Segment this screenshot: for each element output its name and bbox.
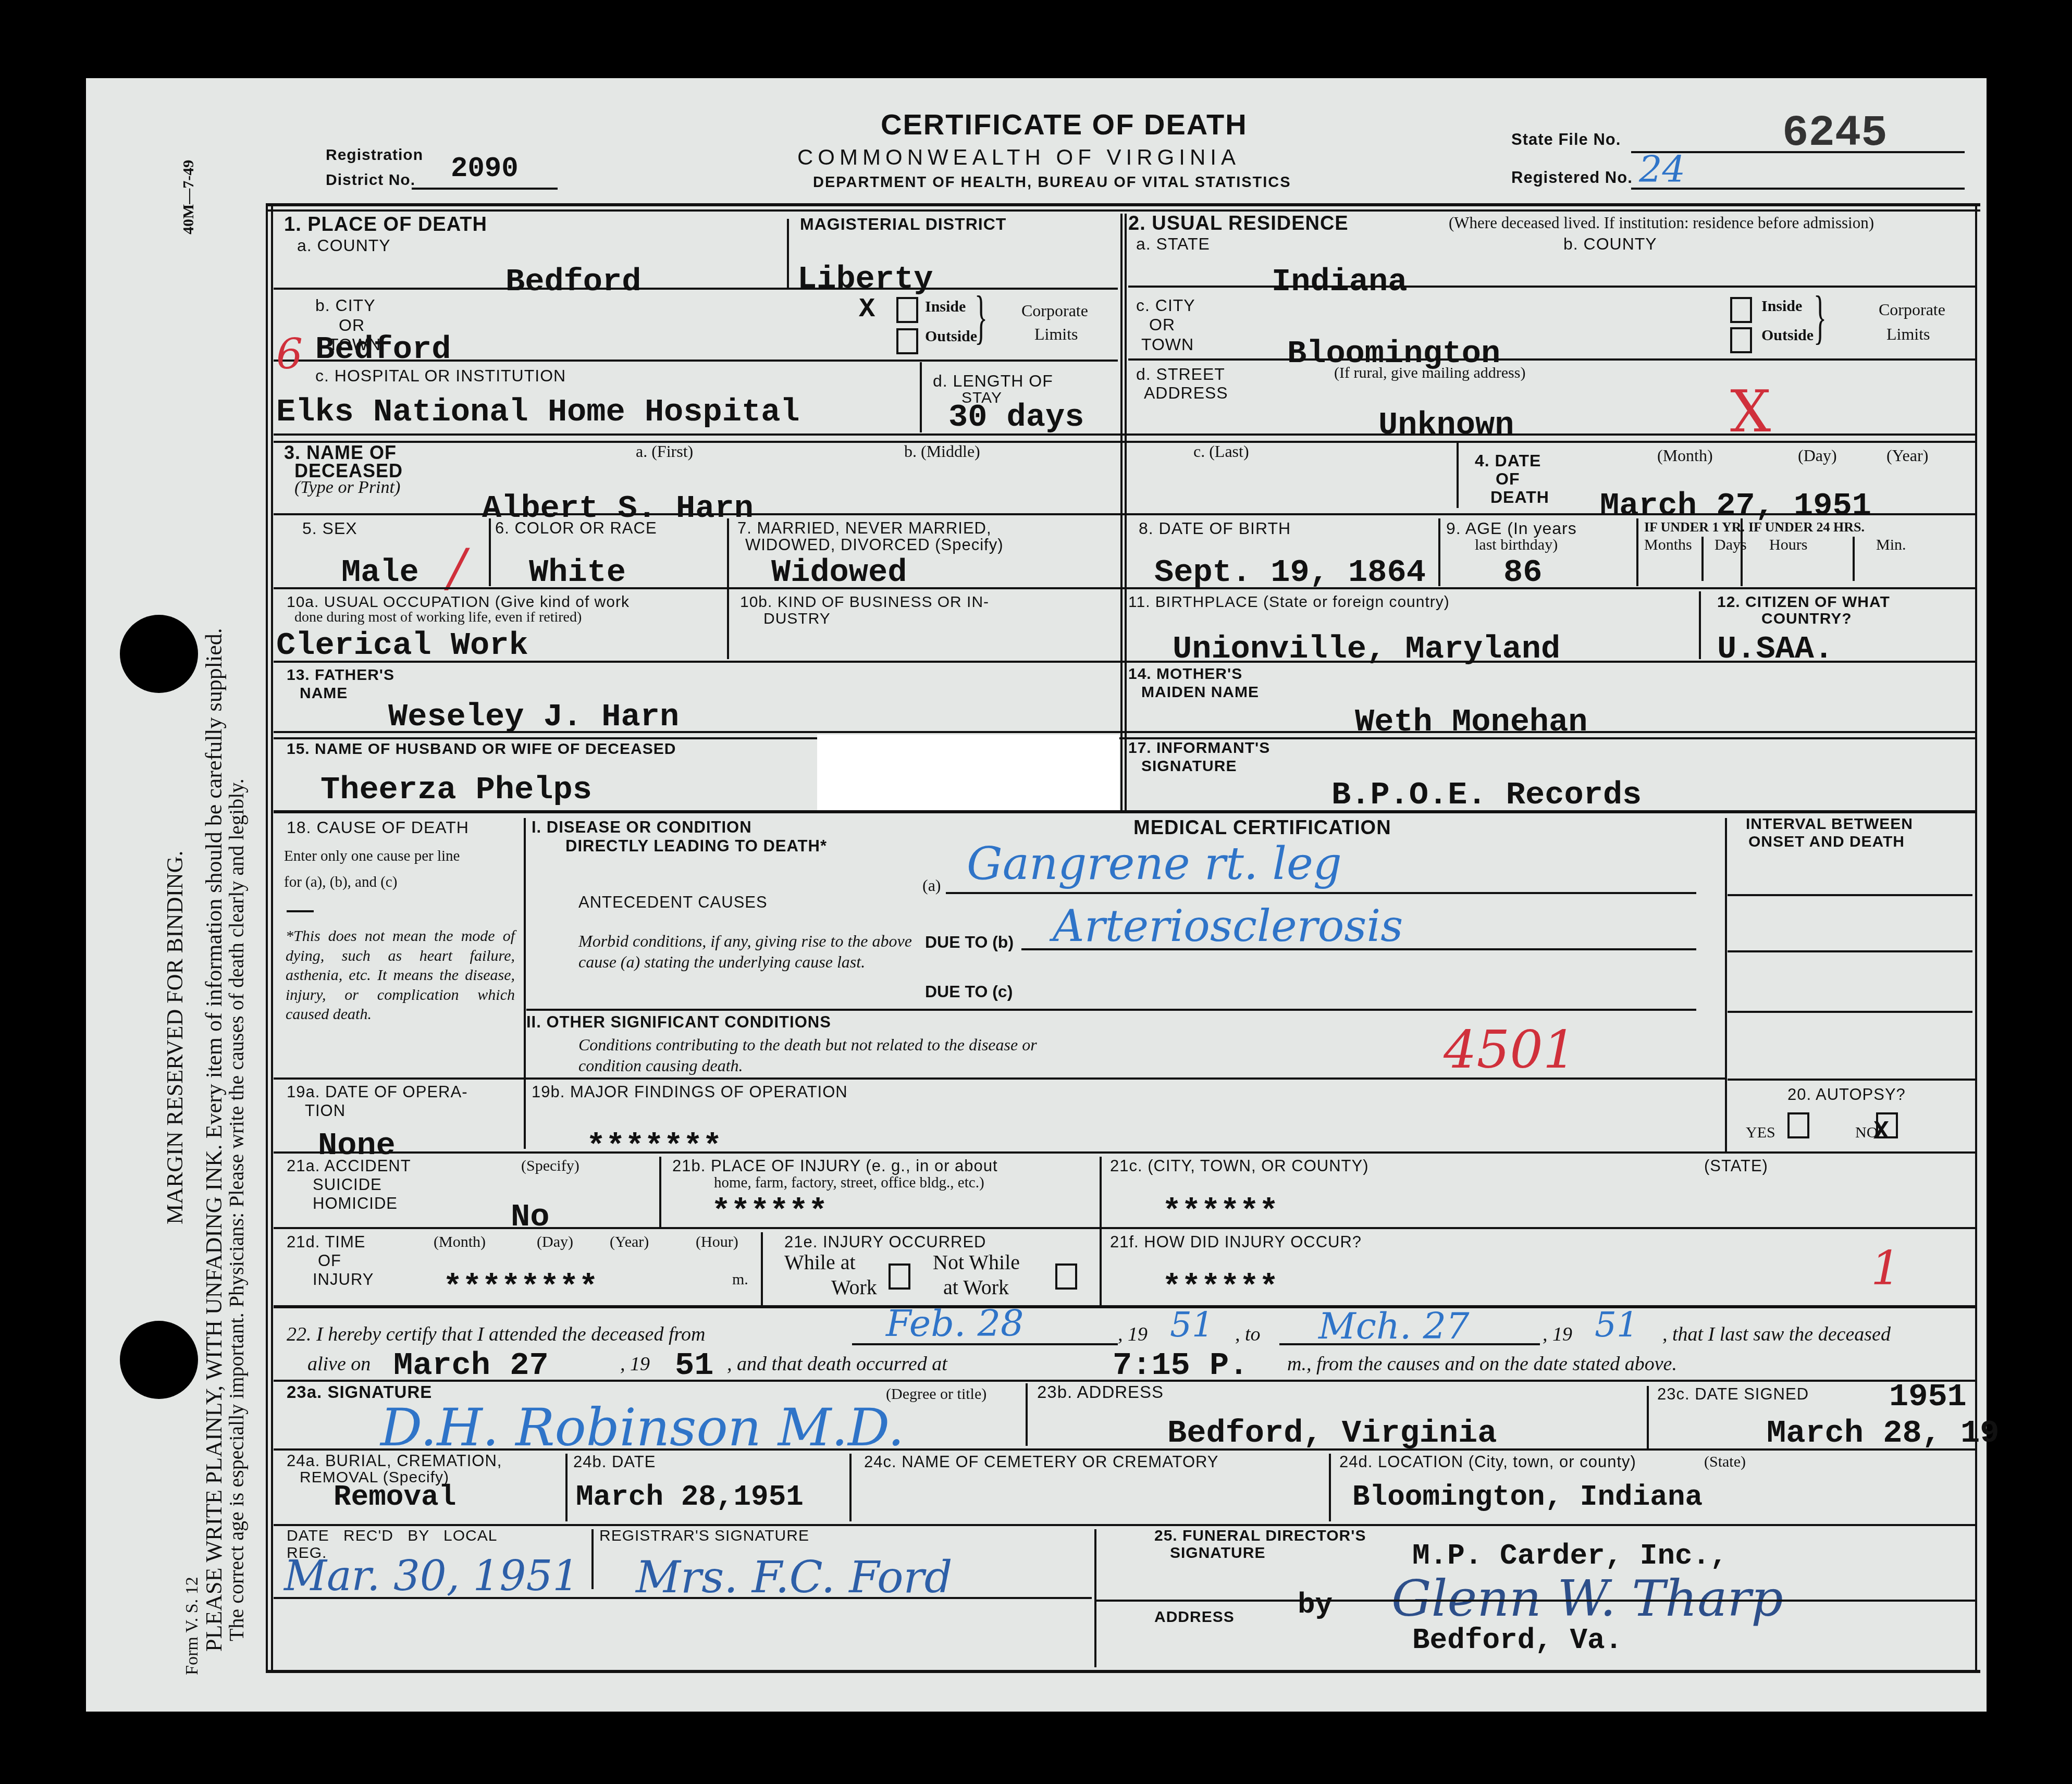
burial-method: Removal — [334, 1482, 456, 1512]
funeral-director-signature: Glenn W. Tharp — [1391, 1574, 1783, 1624]
not-while-at-work-checkbox[interactable] — [1055, 1263, 1077, 1290]
date-of-birth: Sept. 19, 1864 — [1154, 556, 1426, 589]
margin-reserved-note: MARGIN RESERVED FOR BINDING. — [162, 850, 188, 1224]
district-no-label: District No. — [326, 172, 415, 189]
occupation: Clerical Work — [276, 629, 528, 662]
last-seen-date: March 27 — [393, 1349, 549, 1382]
red-code-stamp: 4501 — [1444, 1024, 1576, 1076]
length-of-stay: 30 days — [948, 401, 1084, 433]
last-seen-year: 51 — [675, 1349, 713, 1382]
physicians-note: The correct age is especially important.… — [224, 778, 249, 1641]
inside-limits-checkbox[interactable] — [896, 297, 918, 323]
city-label: b. CITY — [315, 297, 375, 315]
residence-inside-checkbox[interactable] — [1730, 297, 1752, 323]
place-of-death-heading: 1. PLACE OF DEATH — [284, 215, 487, 236]
date-of-death: March 27, 1951 — [1600, 490, 1871, 522]
injury-how: ****** — [1162, 1271, 1278, 1304]
registrar-signature: Mrs. F.C. Ford — [636, 1555, 952, 1599]
magisterial-district-label: MAGISTERIAL DISTRICT — [800, 216, 1006, 233]
funeral-director: M.P. Carder, Inc., — [1412, 1541, 1728, 1570]
date-received-handwritten: Mar. 30, 1951 — [284, 1555, 579, 1597]
magisterial-district: Liberty — [797, 263, 933, 295]
injury-time: ******** — [443, 1271, 598, 1304]
binder-hole-bottom — [120, 1321, 198, 1399]
outside-limits-checkbox[interactable] — [896, 328, 918, 354]
injury-city: ****** — [1162, 1196, 1278, 1228]
marital-status: Widowed — [771, 556, 907, 589]
form-code: 40M—7-49 — [180, 160, 198, 234]
cemetery-label: 24c. NAME OF CEMETERY OR CREMATORY — [864, 1454, 1219, 1471]
informant: B.P.O.E. Records — [1331, 779, 1642, 811]
hospital-label: c. HOSPITAL OR INSTITUTION — [315, 367, 566, 385]
burial-location: Bloomington, Indiana — [1352, 1482, 1703, 1512]
red-x-mark: X — [1730, 383, 1771, 440]
physician-signature: D.H. Robinson M.D. — [380, 1402, 904, 1454]
form-number: Form V. S. 12 — [182, 1577, 202, 1675]
autopsy-no-mark: X — [1873, 1119, 1889, 1145]
spouse-name: Theerza Phelps — [320, 774, 592, 806]
injury-place: ****** — [711, 1196, 828, 1228]
burial-date: March 28,1951 — [576, 1482, 804, 1512]
medical-cert-heading: MEDICAL CERTIFICATION — [1133, 818, 1391, 839]
red-check-mark: / — [448, 542, 466, 594]
hospital-name: Elks National Home Hospital — [276, 396, 800, 428]
redaction-block — [817, 735, 1119, 813]
registration-label: Registration — [326, 147, 423, 164]
usual-residence-heading: 2. USUAL RESIDENCE — [1128, 214, 1349, 234]
residence-outside-checkbox[interactable] — [1730, 327, 1752, 353]
commonwealth-subtitle: COMMONWEALTH OF VIRGINIA — [797, 146, 1240, 169]
department-subtitle: DEPARTMENT OF HEALTH, BUREAU OF VITAL ST… — [813, 175, 1291, 190]
age: 86 — [1503, 556, 1542, 589]
date-signed: March 28, 19 — [1767, 1417, 1999, 1449]
autopsy-yes-checkbox[interactable] — [1787, 1112, 1809, 1138]
attended-to-date: Mch. 27 — [1318, 1308, 1470, 1344]
residence-street: Unknown — [1378, 409, 1514, 441]
state-file-no: 6245 — [1782, 112, 1888, 156]
attended-from-year: 51 — [1170, 1308, 1214, 1342]
cause-a-handwritten: Gangrene rt. leg — [967, 841, 1342, 886]
certificate-title: CERTIFICATE OF DEATH — [881, 109, 1248, 140]
cause-b-handwritten: Arteriosclerosis — [1053, 904, 1403, 948]
county-label: a. COUNTY — [297, 237, 391, 255]
attended-from-date: Feb. 28 — [886, 1305, 1024, 1342]
death-county: Bedford — [505, 266, 641, 298]
binder-hole-top — [120, 615, 198, 693]
registered-label: Registered No. — [1511, 169, 1633, 187]
funeral-address: Bedford, Va. — [1412, 1626, 1622, 1655]
state-file-label: State File No. — [1511, 131, 1621, 148]
race: White — [529, 556, 626, 589]
registration-district-no: 2090 — [451, 155, 519, 183]
registered-no: 24 — [1639, 151, 1685, 188]
while-at-work-checkbox[interactable] — [889, 1263, 910, 1290]
inside-mark: X — [859, 296, 875, 323]
red-margin-mark: 6 — [276, 333, 303, 375]
red-tick-mark: 1 — [1871, 1245, 1901, 1292]
date-signed-year: 1951 — [1889, 1381, 1967, 1413]
sex: Male — [341, 556, 419, 589]
physician-address: Bedford, Virginia — [1167, 1417, 1497, 1449]
attended-to-year: 51 — [1595, 1308, 1638, 1342]
father-name: Weseley J. Harn — [388, 701, 679, 733]
cause-footnote: *This does not mean the mode of dying, s… — [286, 926, 515, 1024]
residence-state: Indiana — [1272, 266, 1407, 298]
write-plainly-note: PLEASE WRITE PLAINLY, WITH UNFADING INK.… — [201, 628, 227, 1652]
mother-maiden-name: Weth Monehan — [1355, 706, 1587, 738]
time-of-death: 7:15 P. — [1113, 1349, 1248, 1382]
